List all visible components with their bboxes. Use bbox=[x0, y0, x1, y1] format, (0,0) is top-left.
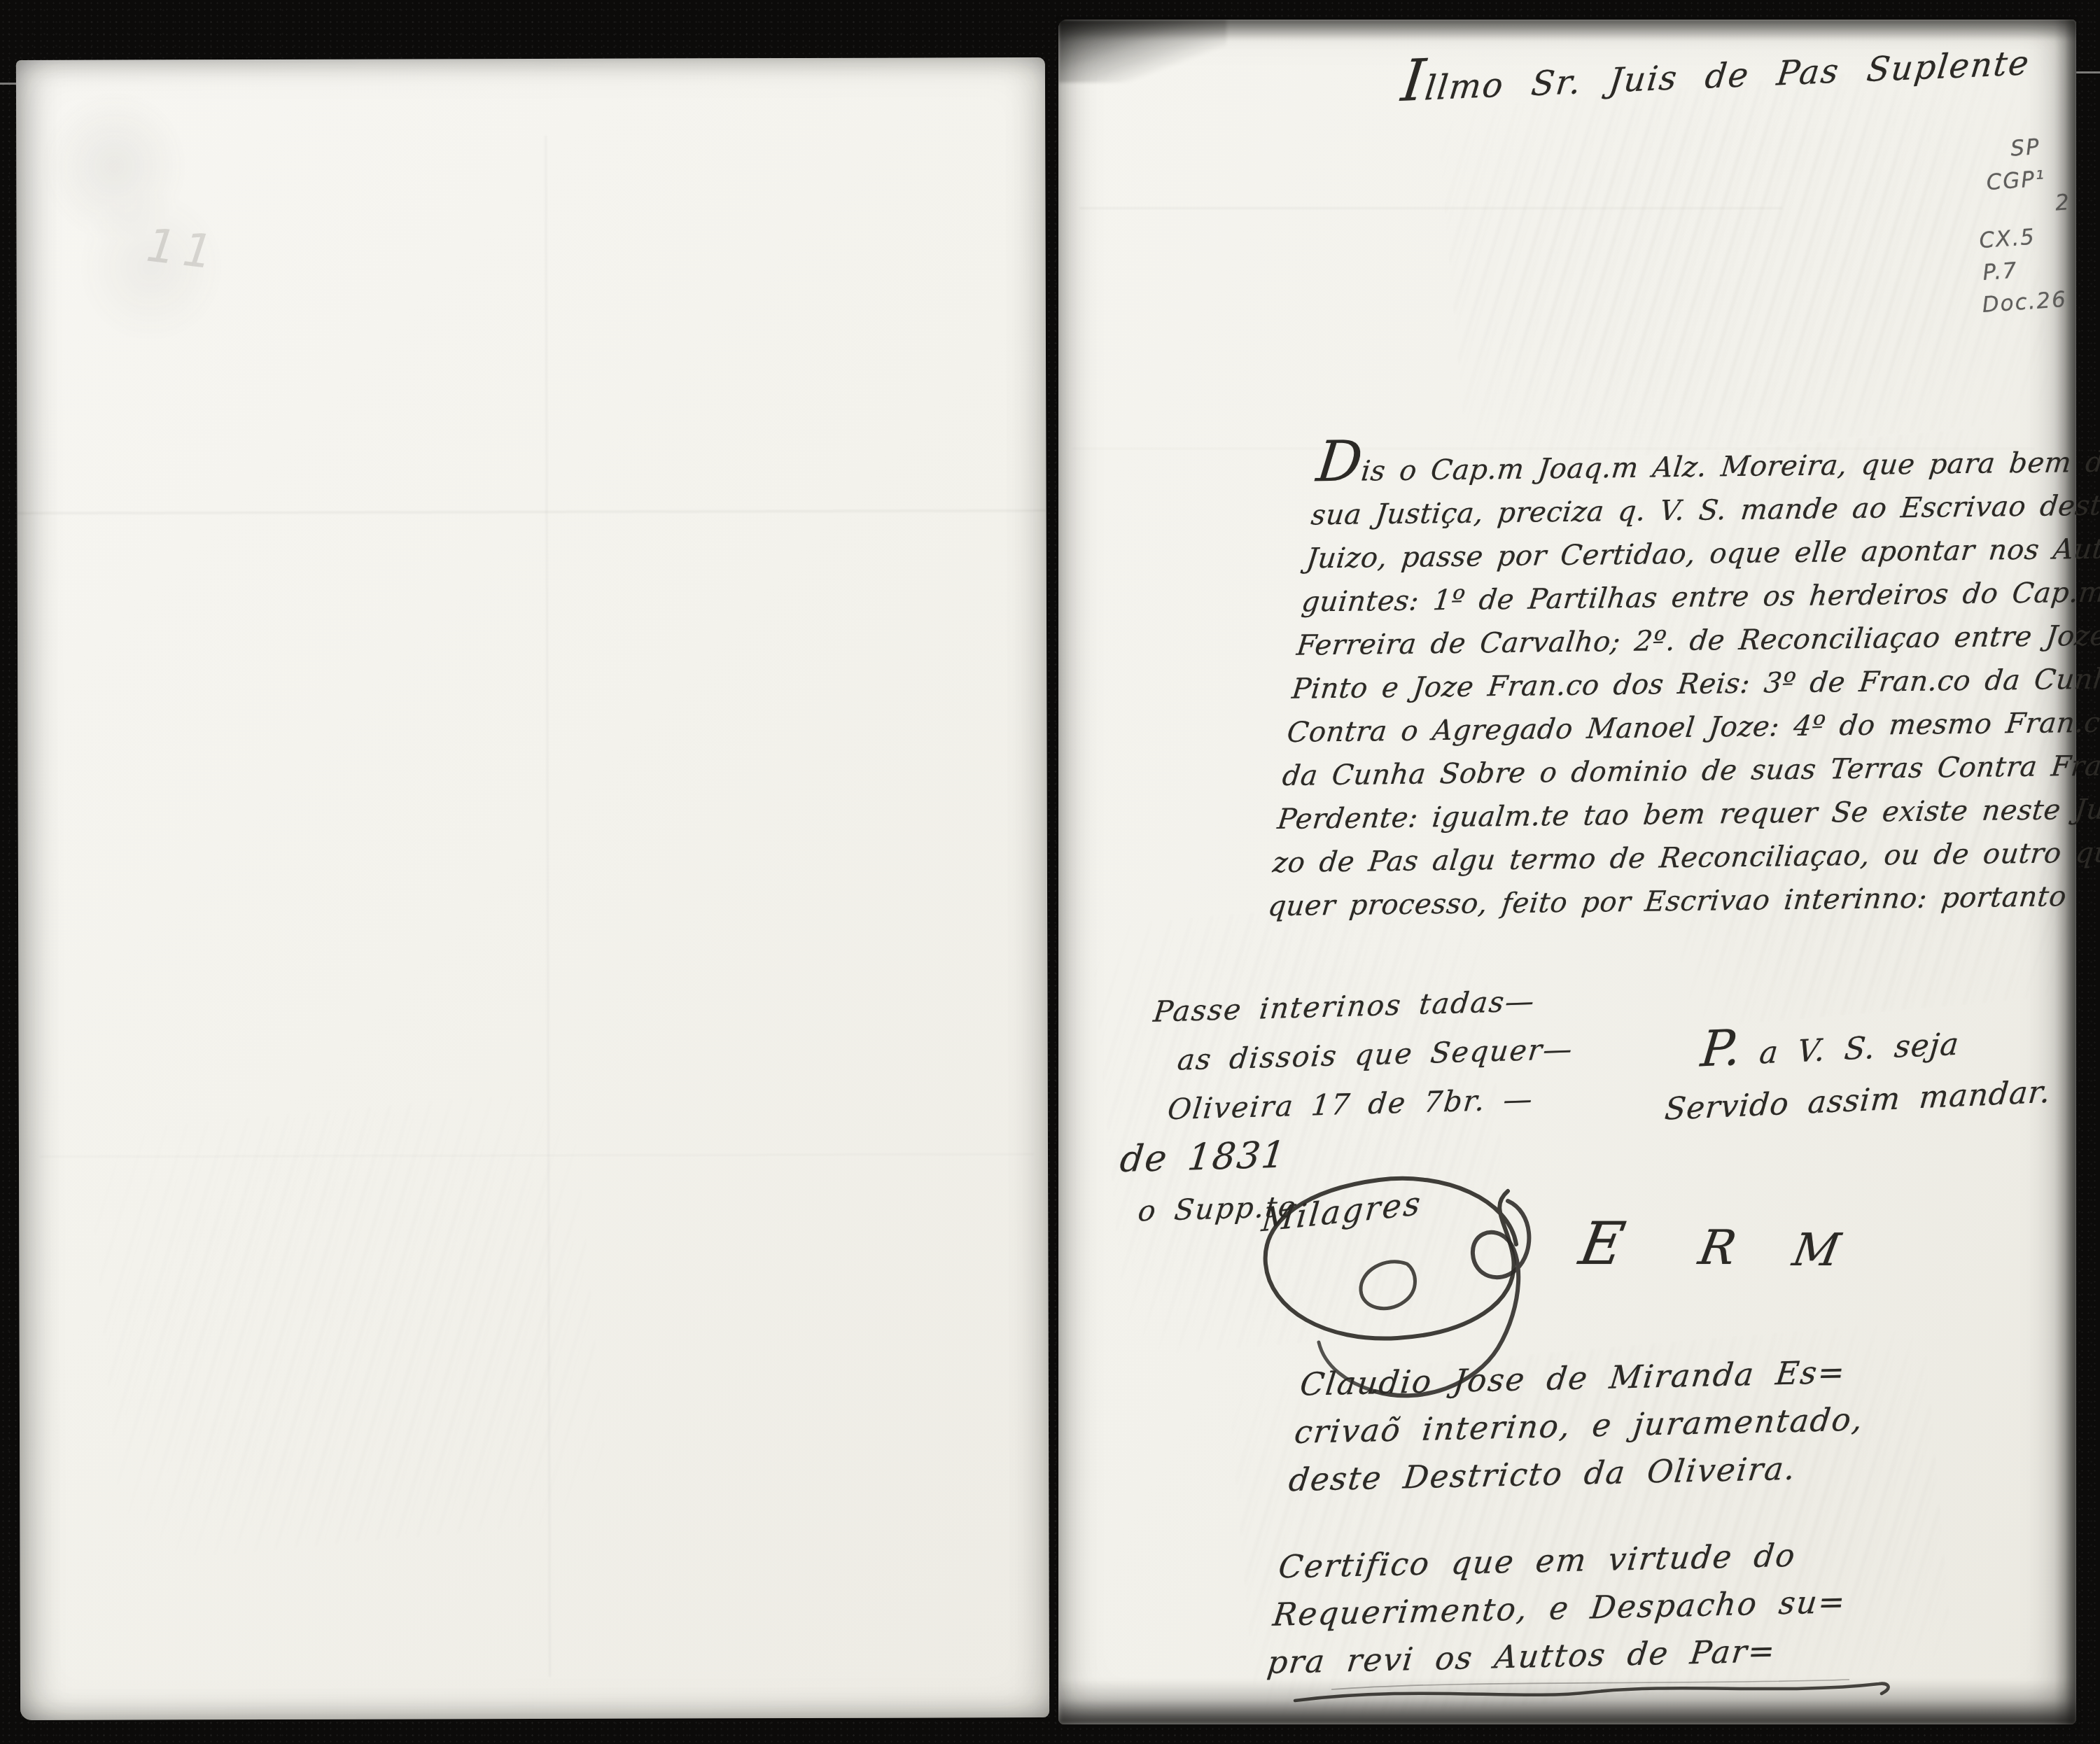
fold-crease-horizontal-2 bbox=[40, 1153, 1034, 1158]
fold-crease-vertical bbox=[545, 136, 551, 1677]
page-bottom-edge bbox=[1058, 1680, 2076, 1724]
erm-initial-m: M bbox=[1788, 1225, 1844, 1277]
pencil-smudge bbox=[41, 90, 224, 343]
bleedthrough-texture bbox=[85, 1088, 612, 1564]
petition-line: quer processo, feito por Escrivao interi… bbox=[1266, 875, 2046, 929]
page-top-edge bbox=[1058, 20, 2076, 41]
erm-initial-r: R bbox=[1695, 1221, 1740, 1276]
right-page: Illmo Sr. Juis de Pas Suplente SP CGP¹ 2… bbox=[1058, 20, 2076, 1724]
bleedthrough-texture bbox=[1436, 57, 2053, 471]
erm-initial-e: E bbox=[1574, 1209, 1630, 1278]
left-page: 11 bbox=[16, 57, 1049, 1720]
certification-paragraph: Claudio Jose de Miranda Es= crivaõ inter… bbox=[1265, 1348, 1876, 1687]
fold-crease-horizontal bbox=[17, 509, 1046, 514]
petition-paragraph: Dis o Cap.m Joaq.m Alz. Moreira, que par… bbox=[1266, 439, 2094, 929]
page-right-edge bbox=[2055, 20, 2076, 1724]
scanned-manuscript-spread: 11 Illmo Sr. Juis de Pas Suplente SP CGP… bbox=[0, 0, 2100, 1744]
closing-formula: P. a V. S. seja Servido assim mandar. bbox=[1662, 1007, 2059, 1136]
fold-crease-horizontal bbox=[1079, 207, 1782, 209]
pencil-folio-mark: 11 bbox=[143, 218, 222, 280]
